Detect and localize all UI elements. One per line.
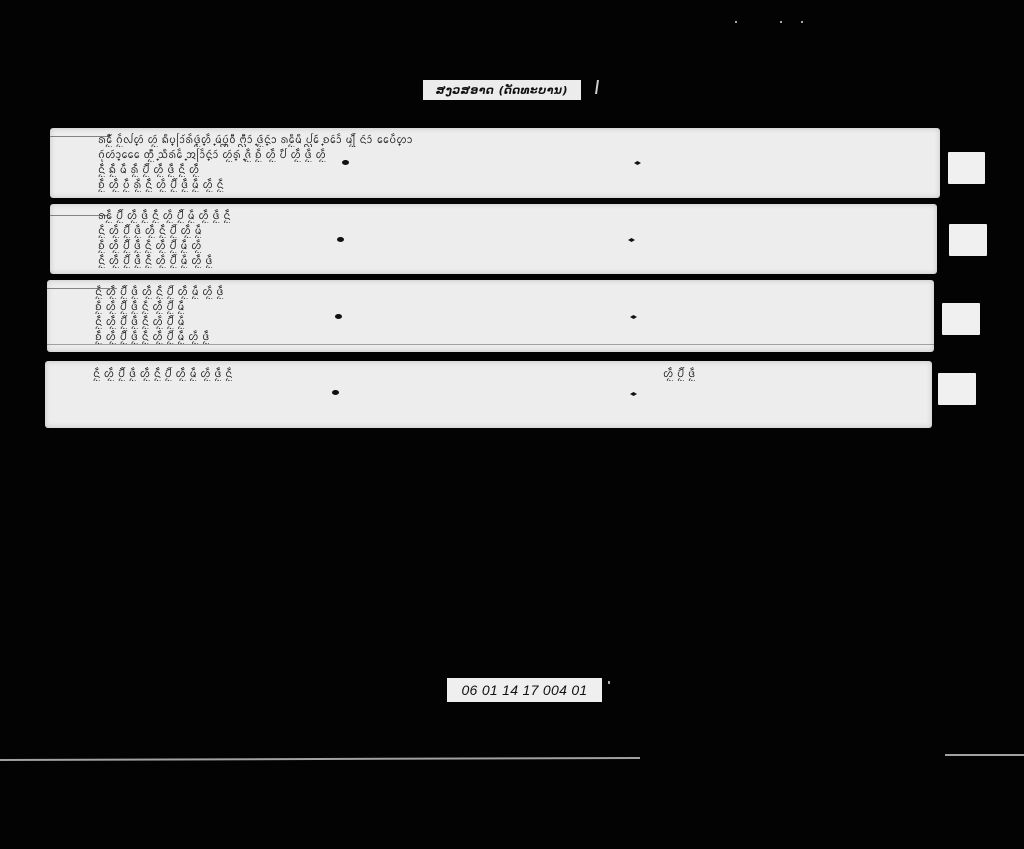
leaf-text-line: ᨶᩢᩬᩢᩢᩢᩢᩢ ᨦᩢᩬᩢᩢᩢᩢ ᨾᩢᩢᩢᩢᩢ ᩁᩢᩢᩬᩢᩢᩢ ᨸᩢᩬᩢᩢᩢᩢ … [98, 163, 928, 177]
binding-hole-icon [332, 390, 339, 395]
leaf-text-line: ᨧᩢᩬᩢᩢᩢᩢ ᩉᩬᩢᩢᩢᩢ ᨸᩢᩬᩢᩢᩢᩢᩢ ᨴᩢᩬᩢᩢᩢ ᨶᩢᩬᩢᩢᩢᩢ ᩉ… [95, 330, 922, 344]
binding-hole-icon [342, 160, 349, 165]
leaf-text-line: ᨧᩢᩬᩢᩢᩢ ᩉᩬᩢᩢᩢᩢ ᨸᩢᩬᩢᩢᩢᩢ ᨴᩢᩬᩢᩢᩢᩢᩢ ᨶᩢᩬᩢᩢᩢ ᩉᩬ… [98, 239, 925, 253]
palm-leaf-1: ᩁᩮᩬᩥᩢ᩶ ᨣᩬᩢᩢᩓ᩠ᩉᩢ ᩉᩬᩢ ᨦᩥ᩠ᨷᩕᩣ᩶ᩁᩢᩢ᩠ᨴᩬᩢ᩠ᩉᩢ᩠ᩢᩢ… [50, 128, 940, 198]
leaf-text-line: ᨧᩢᩬᩢᩢᩢ ᩉᩬᩢᩢᩢᩢ ᨸᩢᩬᩢᩢᩢᩢ ᨴᩢᩬᩢᩢᩢᩢᩢ ᨶᩢᩬᩢᩢᩢ ᩉᩬ… [95, 300, 922, 314]
leaf-tab-1 [948, 152, 985, 184]
speck [801, 21, 803, 23]
leaf-text-line: ᨧᩢᩬᩢᩢᩢᩢ ᩉᩬᩢᩢᩢᩢᩢ ᨷᩢᩬᩢᩢᩢᩢᩢ ᩁᩢᩬᩢᩢᩢ ᨶᩢᩬᩢᩢᩢᩢᩢ… [98, 178, 928, 192]
leaf-text-line: ᨣᩩᩢᩉᩢ᩠ᩣᩯᩮ ᨲᩢᩬᩥ᩠ ᩈᩥᩁᩢᩮ᩠ᩢᩢ ᩋᩕᩣ᩠ᩢᩢᨶᩢᩣᩢ ᩉᩬᩢ᩠… [98, 148, 928, 162]
leaf-tab-2 [949, 224, 987, 256]
speck [780, 21, 782, 23]
tick-mark [595, 80, 599, 94]
palm-leaf-4: ᨶᩢᩬᩢᩢᩢ ᩉᩬᩢᩢᩢᩢ ᨸᩢᩬᩢᩢᩢᩢᩢ ᨴᩢᩬᩢᩢᩢ ᩉᩬᩢᩢᩢᩢᩢ ᨶᩢ… [45, 361, 932, 428]
binding-hole-icon [337, 237, 344, 242]
leaf-text-line: ᨶᩢᩬᩢᩢᩢ ᩉᩬᩢᩢᩢᩢ ᨸᩢᩬᩢᩢᩢᩢᩢ ᨴᩢᩬᩢᩢᩢ ᩉᩬᩢᩢᩢᩢᩢ ᨶᩢ… [98, 224, 925, 238]
manuscript-title-label: ສງວສອາດ (ດັດທະບານ) [423, 80, 581, 100]
speck [608, 681, 610, 684]
speck [735, 21, 737, 23]
binding-hole-icon [630, 392, 637, 396]
leaf-text-line: ᨶᩢᩬᩢᩢᩢᩢ ᩉᩬᩢᩢᩢᩢᩢ ᨸᩢᩬᩢᩢᩢ ᨴᩢᩬᩢᩢᩢᩢ ᨶᩢᩬᩢᩢᩢᩢᩢ … [98, 254, 925, 268]
leaf-tab-4 [938, 373, 976, 405]
leaf-tab-3 [942, 303, 980, 335]
binding-hole-icon [335, 314, 342, 319]
film-edge-line [945, 754, 1024, 756]
leaf-text-line: ᩁᩮᩬᩥᩢ᩶ ᨣᩬᩢᩢᩓ᩠ᩉᩢ ᩉᩬᩢ ᨦᩥ᩠ᨷᩕᩣ᩶ᩁᩢᩢ᩠ᨴᩬᩢ᩠ᩉᩢ᩠ᩢᩢ… [98, 133, 928, 147]
film-edge-line [0, 757, 640, 761]
leaf-end-note: ᩉᩬᩢᩢᩢᩢ ᨸᩢᩬᩢᩢᩢᩢ ᨴᩢᩬᩢᩢᩢ [663, 367, 902, 381]
leaf-bottom-rule [47, 344, 934, 345]
reference-id-label: 06 01 14 17 004 01 [447, 678, 602, 702]
palm-leaf-3: ᨶᩢᩬᩢᩢᩢ ᩉᩬᩢᩢᩢᩢ ᨸᩢᩬᩢᩢᩢᩢᩢ ᨴᩢᩬᩢᩢᩢ ᩉᩬᩢᩢᩢᩢᩢ ᨶᩢ… [47, 280, 934, 352]
leaf-text-line: ᨶᩢᩬᩢᩢᩢ ᩉᩬᩢᩢᩢᩢ ᨸᩢᩬᩢᩢᩢᩢᩢ ᨴᩢᩬᩢᩢᩢ ᩉᩬᩢᩢᩢᩢᩢ ᨶᩢ… [93, 367, 472, 381]
palm-leaf-2: ᩁᩮᩬᩢᩢᩢᩢ ᨸᩢᩬᩢᩢᩢᩢ ᩉᩬᩢᩢᩢᩢᩢ ᨴᩢᩬᩢᩢᩢᩢ ᨶᩢᩬᩢᩢᩢᩢᩢ… [50, 204, 937, 274]
leaf-text-line: ᨶᩢᩬᩢᩢᩢᩢ ᩉᩬᩢᩢᩢᩢᩢ ᨸᩢᩬᩢᩢᩢ ᨴᩢᩬᩢᩢᩢᩢ ᨶᩢᩬᩢᩢᩢᩢᩢ … [95, 315, 922, 329]
leaf-text-line: ᨶᩢᩬᩢᩢᩢ ᩉᩬᩢᩢᩢᩢ ᨸᩢᩬᩢᩢᩢᩢᩢ ᨴᩢᩬᩢᩢᩢ ᩉᩬᩢᩢᩢᩢᩢ ᨶᩢ… [95, 285, 922, 299]
leaf-text-line: ᩁᩮᩬᩢᩢᩢᩢ ᨸᩢᩬᩢᩢᩢᩢ ᩉᩬᩢᩢᩢᩢᩢ ᨴᩢᩬᩢᩢᩢᩢ ᨶᩢᩬᩢᩢᩢᩢᩢ… [98, 209, 925, 223]
